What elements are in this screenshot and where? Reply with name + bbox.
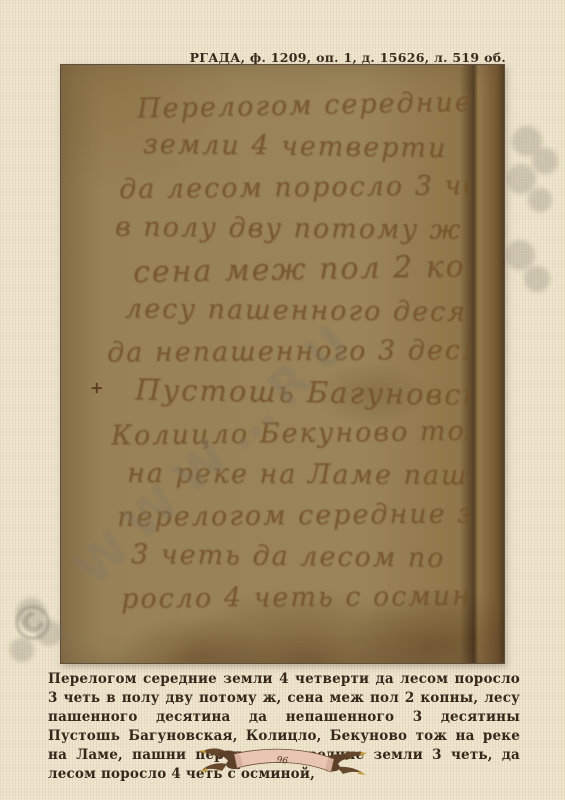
watermark-blob (532, 148, 558, 174)
page-number-ribbon: 96 (198, 745, 368, 777)
manuscript-photo: Перелогом середниеземли 4 четвертида лес… (60, 64, 505, 664)
photo-vignette (61, 65, 504, 663)
ribbon-graphic: 96 (198, 745, 368, 777)
watermark-blob (528, 188, 552, 212)
watermark-blob (36, 620, 62, 646)
archive-reference: РГАДА, ф. 1209, оп. 1, д. 15626, л. 519 … (0, 50, 506, 65)
margin-cross-mark: + (90, 378, 103, 397)
page-number: 96 (276, 755, 289, 766)
watermark-blob (505, 240, 535, 270)
book-page: РГАДА, ф. 1209, оп. 1, д. 15626, л. 519 … (0, 0, 565, 800)
watermark-blob (524, 266, 550, 292)
watermark-blob (10, 638, 34, 662)
watermark-blob (506, 164, 536, 194)
